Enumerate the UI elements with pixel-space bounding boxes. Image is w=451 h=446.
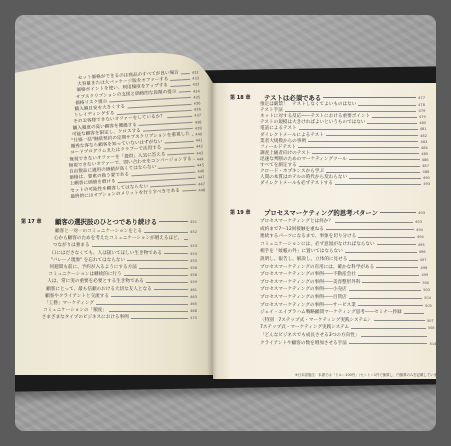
toc-entry-title: つながりは強まる xyxy=(53,243,90,249)
leader-line xyxy=(164,253,188,254)
toc-entry-page: 494 xyxy=(417,234,424,240)
book-gutter xyxy=(207,75,217,380)
toc-entry-title: プロセスマーケティングの事例――美容整形外科 xyxy=(260,280,360,286)
toc-entry-title: 業者大規模からの事例 xyxy=(260,139,306,145)
toc-entry: 顧客やクライアントと交流する463 xyxy=(45,294,197,300)
leader-line xyxy=(345,252,417,253)
toc-entry: 業者大規模からの事例483 xyxy=(260,139,427,145)
toc-entry-page: 479 xyxy=(418,108,425,114)
leader-line xyxy=(358,305,423,306)
toc-entry-page: 448 xyxy=(198,187,205,193)
toc-entry-page: 463 xyxy=(190,294,197,300)
leader-line xyxy=(124,275,188,276)
leader-line xyxy=(361,336,426,337)
toc-entry-page: 499 xyxy=(421,272,428,278)
toc-entry: さまざまなタイプのビジネスにおける事例470 xyxy=(42,315,197,321)
leader-line xyxy=(308,141,418,142)
toc-entry-page: 504 xyxy=(424,295,431,301)
leader-line xyxy=(299,129,418,130)
leader-line xyxy=(181,72,190,74)
toc-entry-page: 458 xyxy=(190,272,197,278)
toc-entry-title: 説明し、報告し、解説し、立体的に見せる xyxy=(260,257,347,263)
toc-entry-title: 成約まで7～12回接触を重ねる xyxy=(260,227,324,233)
leader-line xyxy=(170,85,190,87)
toc-entry: 説明し、報告し、解説し、立体的に見せる497 xyxy=(260,257,427,263)
leader-line xyxy=(377,244,416,245)
right-page-chapter-19: 第 19 章プロセスマーケティング的思考パターン493プロセスマーケティングとは… xyxy=(230,208,430,358)
toc-entry-page: 494 xyxy=(416,227,423,233)
leader-line xyxy=(178,91,190,93)
toc-entry-page: 470 xyxy=(190,315,197,321)
leader-line xyxy=(299,166,420,167)
toc-entry: ジェイ・エイブラハム戦略顧問マーケティング思考――セミナー抄録 xyxy=(260,310,433,316)
leader-line xyxy=(349,343,428,344)
toc-entry: プロセスマーケティングの事例――サービス業505 xyxy=(260,303,432,309)
toc-entry-page: 455 xyxy=(190,258,197,264)
toc-entry-page: 495 xyxy=(418,242,425,248)
toc-entry-page: 461 xyxy=(190,287,197,293)
leader-line xyxy=(159,221,188,222)
leader-line xyxy=(184,239,188,240)
leader-line xyxy=(372,117,417,118)
leader-line xyxy=(285,111,417,112)
toc-entry: プロセスマーケティングの事例――百貨店504 xyxy=(260,295,431,301)
toc-entry-title: クライアントや顧客の数を増加させる手法 xyxy=(260,341,347,347)
toc-entry: 電話によるテスト481 xyxy=(260,126,427,132)
chapter-heading: 第 17 章顧客の選択肢のひとつであり続ける451 xyxy=(21,217,197,226)
toc-entry: 連続するパーツになるまで、事象を切り分ける494 xyxy=(260,234,424,240)
toc-entry-title: フィールドテスト xyxy=(260,145,296,151)
toc-entry: ダイレクトメールによるテスト482 xyxy=(260,133,427,139)
toc-entry-title: プロセスマーケティングの事例――不動産会社 xyxy=(260,272,356,278)
toc-entry-title: プロセスマーケティングとは何か？ xyxy=(260,219,333,225)
toc-entry-page: 493 xyxy=(415,219,422,225)
toc-entry-page: 500 xyxy=(422,280,429,286)
toc-entry-page: 507 xyxy=(427,318,434,324)
chapter-number: 第 19 章 xyxy=(230,209,264,216)
toc-entry-title: 〈特別 7ステップ式・マーケティング実践システム〉 xyxy=(260,318,372,324)
toc-entry-page: 465 xyxy=(190,301,197,307)
toc-entry-title: 調査上級者向けのテスト xyxy=(260,151,310,157)
toc-entry: コミュニケーションは継続的に行う458 xyxy=(48,272,197,278)
toc-entry-page: 487 xyxy=(422,163,429,169)
leader-line xyxy=(127,260,188,261)
leader-line xyxy=(367,123,417,124)
toc-entry: 7ステップ式・マーケティング実践システム508 xyxy=(260,325,435,331)
leader-line xyxy=(164,141,193,144)
left-page-chapter-17: 第 17 章顧客の選択肢のひとつであり続ける451顧客と一対一のコミュニケーショ… xyxy=(21,205,197,345)
toc-entry-page: 485 xyxy=(421,151,428,157)
toc-entry: 人は、常に実の重要を必要とする生き物である459 xyxy=(47,279,197,285)
leader-line xyxy=(380,212,416,213)
leader-line xyxy=(158,165,195,168)
leader-line xyxy=(349,260,417,261)
toc-entry-page: 503 xyxy=(423,287,430,293)
chapter-heading: 第 18 章テストは必須である477 xyxy=(230,93,425,102)
leader-line xyxy=(362,282,420,283)
leader-line xyxy=(96,304,188,305)
leader-line xyxy=(167,116,192,118)
leader-line xyxy=(109,311,188,312)
toc-entry-page: 459 xyxy=(190,279,197,285)
leader-line xyxy=(404,313,424,314)
leader-line xyxy=(326,135,418,136)
leader-line xyxy=(182,190,196,192)
chapter-page: 493 xyxy=(418,211,425,215)
toc-entry-title: プロセスマーケティングの有用には、確かな科学がある xyxy=(260,265,374,271)
leader-line xyxy=(312,153,419,154)
toc-entry-page: 454 xyxy=(190,251,197,257)
chapter-heading: 第 19 章プロセスマーケティング的思考パターン493 xyxy=(230,208,425,217)
leader-line xyxy=(194,159,195,160)
chapter-title: テストは必須である xyxy=(264,93,321,102)
toc-entry: 調査上級者向けのテスト485 xyxy=(260,151,428,157)
toc-entry: プロセスマーケティングの事例――美容整形外科500 xyxy=(260,280,429,286)
toc-entry-title: コミュニケーションは継続的に行う xyxy=(48,272,121,278)
toc-entry-title: 人は、常に実の重要を必要とする生き物である xyxy=(47,279,143,285)
toc-entry-title: 「工務」マーケティング xyxy=(44,301,94,307)
chapter-page: 477 xyxy=(418,96,425,100)
leader-line xyxy=(139,268,188,269)
toc-entry-page: 508 xyxy=(428,325,435,331)
leader-line xyxy=(146,282,188,283)
toc-entry-title: 7ステップ式・マーケティング実践システム xyxy=(260,325,349,331)
leader-line xyxy=(335,222,413,223)
toc-entry: プロセスマーケティングの事例――不動産会社499 xyxy=(260,272,428,278)
toc-entry: "バレーノ現象" を忘れてはならない455 xyxy=(51,258,197,264)
leader-line xyxy=(374,320,425,321)
leader-line xyxy=(163,147,193,150)
leader-line xyxy=(349,159,420,160)
leader-line xyxy=(358,237,415,238)
toc-entry-page: 484 xyxy=(421,145,428,151)
toc-entry-title: コミュニケーションの「頻度」 xyxy=(43,308,107,314)
leader-line xyxy=(323,97,416,98)
toc-entry: 〈特別 7ステップ式・マーケティング実践システム〉507 xyxy=(260,318,434,324)
toc-entry-page: 456 xyxy=(190,265,197,271)
toc-entry: 口にはださなくても、人は扱いてほしい生き物である454 xyxy=(52,251,197,257)
toc-entry-page: 453 xyxy=(190,243,197,249)
toc-entry-page: 488 xyxy=(422,169,429,175)
toc-entry-title: ジェイ・エイブラハム戦略顧問マーケティング思考――セミナー抄録 xyxy=(260,310,402,316)
toc-entry: コミュニケーションの「頻度」468 xyxy=(43,308,197,314)
toc-entry-page: 498 xyxy=(420,265,427,271)
toc-entry-title: 口にはださなくても、人は扱いてほしい生き物である xyxy=(52,251,162,257)
chapter-number: 第 17 章 xyxy=(21,218,55,225)
toc-entry: 推定は厳禁！ テストしなくてよいものはない478 xyxy=(260,102,425,108)
toc-entry-title: 連続するパーツになるまで、事象を切り分ける xyxy=(260,234,356,240)
toc-entry: 成約まで7～12回接触を重ねる494 xyxy=(260,227,423,233)
toc-entry: 相手を「蚊帳の外」に置いてはならない496 xyxy=(260,249,426,255)
toc-entry-title: 迅速な判断のためのマーケティングツール xyxy=(260,157,347,163)
toc-entry: コミュニケーションには、必ず意図がなければならない495 xyxy=(260,242,425,248)
leader-line xyxy=(358,105,416,106)
leader-line xyxy=(131,318,188,319)
leader-line xyxy=(154,289,188,290)
toc-entry-title: プロセスマーケティングの事例――百貨店 xyxy=(260,295,347,301)
chapter-number: 第 18 章 xyxy=(230,94,264,101)
toc-entry-title: 顧客と一対一のコミュニケーションをとる xyxy=(55,229,142,235)
toc-entry-page: 479 xyxy=(419,114,426,120)
toc-entry-title: 「どんなビジネスでも成長させる3つの方向性」 xyxy=(260,333,359,339)
chapter-title: プロセスマーケティング的思考パターン xyxy=(264,208,378,217)
toc-entry-page: 505 xyxy=(425,303,432,309)
chapter-page: 451 xyxy=(190,220,197,224)
toc-entry-title: 何週間も前に、予約が入るようにする方法 xyxy=(50,265,137,271)
leader-line xyxy=(326,172,420,173)
toc-entry-page: 482 xyxy=(420,133,427,139)
leader-line xyxy=(192,134,193,135)
toc-entry-page: 468 xyxy=(190,308,197,314)
leader-line xyxy=(376,267,418,268)
toc-entry-page: 478 xyxy=(418,102,425,108)
leader-line xyxy=(168,153,195,155)
toc-entry-title: ダイレクトメールによるテスト xyxy=(260,133,324,139)
toc-entry-title: "バレーノ現象" を忘れてはならない xyxy=(51,258,126,264)
leader-line xyxy=(349,298,422,299)
toc-entry: つながりは強まる453 xyxy=(53,243,197,249)
right-page-chapter-18: 第 18 章テストは必須である477推定は厳禁！ テストしなくてよいものはない4… xyxy=(230,93,430,193)
toc-entry: 何週間も前に、予約が入るようにする方法456 xyxy=(50,265,198,271)
leader-line xyxy=(349,290,421,291)
toc-entry-title: 電話によるテスト xyxy=(260,126,297,132)
toc-entry-title: 顧客にとって、最も信頼のおける大切な友人となる xyxy=(46,287,151,293)
leader-line xyxy=(349,178,421,179)
toc-entry: 「工務」マーケティング465 xyxy=(44,301,197,307)
toc-entry-title: コミュニケーションには、必ず意図がなければならない xyxy=(260,242,375,248)
toc-entry-page: 480 xyxy=(419,120,426,126)
toc-entry: クライアントや顧客の数を増加させる手法514 xyxy=(260,341,436,347)
leader-line xyxy=(144,232,188,233)
toc-entry-title: プロセスマーケティングの事例――サービス業 xyxy=(260,303,356,309)
toc-entry: プロセスマーケティングとは何か？493 xyxy=(260,219,422,225)
photo-frame: セット価格ができるのは商品のすべてが良い場合432大容量または大パッケージ版をオ… xyxy=(15,15,436,431)
leader-line xyxy=(111,296,188,297)
leader-line xyxy=(150,184,196,188)
leader-line xyxy=(170,79,190,81)
toc-entry-title: 相手を「蚊帳の外」に置いてはならない xyxy=(260,249,343,255)
toc-entry-title: ダイレクトメールも必ずテストする xyxy=(260,181,333,187)
toc-entry-page: 493 xyxy=(423,181,430,187)
toc-entry-page: 486 xyxy=(422,157,429,163)
toc-entry: プロセスマーケティングの事例――小売店503 xyxy=(260,287,430,293)
toc-entry-title: さまざまなタイプのビジネスにおける事例 xyxy=(42,315,129,321)
footnote: ※日本語版注：本書では「ドル＝100円」（セント＝1円で換算し、円換算のみを記載… xyxy=(295,372,436,377)
toc-entry: 顧客と一対一のコミュニケーションをとる452 xyxy=(55,229,197,235)
toc-entry: 「どんなビジネスでも成長させる3つの方向性」 xyxy=(260,333,436,339)
leader-line xyxy=(351,328,425,329)
toc-entry-title: プロセスマーケティングの事例――小売店 xyxy=(260,287,347,293)
toc-entry-title: 顧客やクライアントと交流する xyxy=(45,294,109,300)
chapter-title: 顧客の選択肢のひとつであり続ける xyxy=(55,217,157,226)
leader-line xyxy=(335,184,421,185)
toc-entry: 心から顧客のためを考えたコミュニケーションが増えるほど、 xyxy=(54,236,197,242)
toc-entry-page: 483 xyxy=(420,139,427,145)
toc-entry: フィールドテスト484 xyxy=(260,145,428,151)
toc-entry-page: 497 xyxy=(420,257,427,263)
leader-line xyxy=(92,246,188,247)
toc-entry: ダイレクトメールも必ずテストする493 xyxy=(260,181,430,187)
leader-line xyxy=(326,229,414,230)
toc-entry-page: 496 xyxy=(419,249,426,255)
toc-entry: 顧客にとって、最も信頼のおける大切な友人となる461 xyxy=(46,287,197,293)
toc-entry-page: 490 xyxy=(423,175,430,181)
toc-entry-page: 514 xyxy=(429,341,436,347)
toc-entry-page: 481 xyxy=(420,126,427,132)
toc-entry: 迅速な判断のためのマーケティングツール486 xyxy=(260,157,429,163)
toc-entry-page: 452 xyxy=(190,229,197,235)
toc-entry: プロセスマーケティングの有用には、確かな科学がある498 xyxy=(260,265,427,271)
leader-line xyxy=(298,147,419,148)
toc-entry-title: 心から顧客のためを考えたコミュニケーションが増えるほど、 xyxy=(54,236,182,242)
leader-line xyxy=(358,275,419,276)
